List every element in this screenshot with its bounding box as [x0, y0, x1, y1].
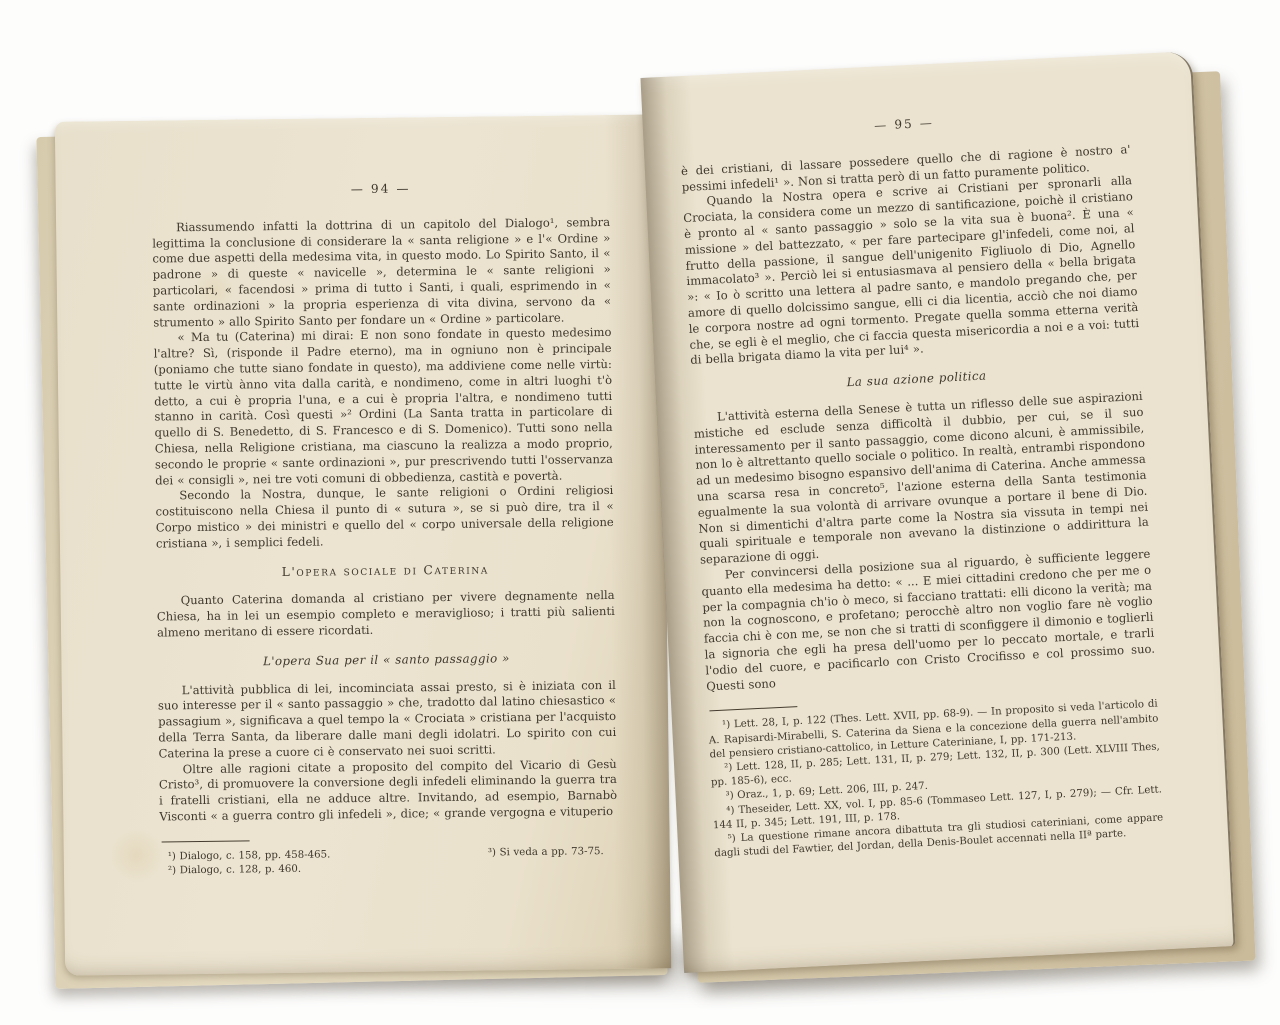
footnote-rule	[162, 840, 250, 842]
footnote: ¹) Dialogo, c. 158, pp. 458-465.	[160, 848, 331, 864]
right-page-number: — 95 —	[679, 106, 1129, 144]
footnote-rule	[709, 706, 797, 711]
footnote-column-left: ¹) Dialogo, c. 158, pp. 458-465. ²) Dial…	[160, 848, 331, 878]
paragraph: Quando la Nostra opera e scrive ai Crist…	[682, 174, 1140, 370]
section-heading-opera-sociale: L'opera sociale di Caterina	[156, 560, 614, 581]
right-page-content: — 95 — è dei cristiani, di lassare posse…	[679, 106, 1164, 861]
paragraph: L'attività pubblica di lei, incominciata…	[158, 677, 617, 762]
paragraph: Oltre alle ragioni citate a proposito de…	[159, 756, 618, 825]
footnote: ³) Si veda a pp. 73-75.	[480, 845, 604, 861]
paragraph: Secondo la Nostra, dunque, le sante reli…	[155, 483, 614, 552]
left-page-content: — 94 — Riassumendo infatti la dottrina d…	[152, 179, 618, 879]
left-page-footnotes: ¹) Dialogo, c. 158, pp. 458-465. ²) Dial…	[160, 836, 618, 879]
paragraph: Quanto Caterina domanda al cristiano per…	[157, 588, 616, 641]
right-page: — 95 — è dei cristiani, di lassare posse…	[640, 51, 1235, 973]
paragraph: Riassumendo infatti la dottrina di un ca…	[152, 215, 611, 331]
paragraph: L'attività esterna della Senese è tutta …	[693, 389, 1150, 569]
left-page: — 94 — Riassumendo infatti la dottrina d…	[55, 114, 671, 975]
book-photo: — 94 — Riassumendo infatti la dottrina d…	[0, 0, 1280, 1025]
left-page-number: — 94 —	[152, 179, 610, 200]
right-page-footnotes: ¹) Lett. 28, I, p. 122 (Thes. Lett. XVII…	[707, 689, 1164, 862]
section-heading-santo-passaggio: L'opera Sua per il « santo passaggio »	[157, 650, 615, 671]
paragraph: « Ma tu (Caterina) mi dirai: E non sono …	[153, 325, 613, 489]
paragraph: Per convincersi della posizione sua al r…	[700, 547, 1156, 695]
footnote: ²) Dialogo, c. 128, p. 460.	[160, 862, 331, 878]
footnote-column-right: ³) Si veda a pp. 73-75.	[480, 845, 618, 875]
